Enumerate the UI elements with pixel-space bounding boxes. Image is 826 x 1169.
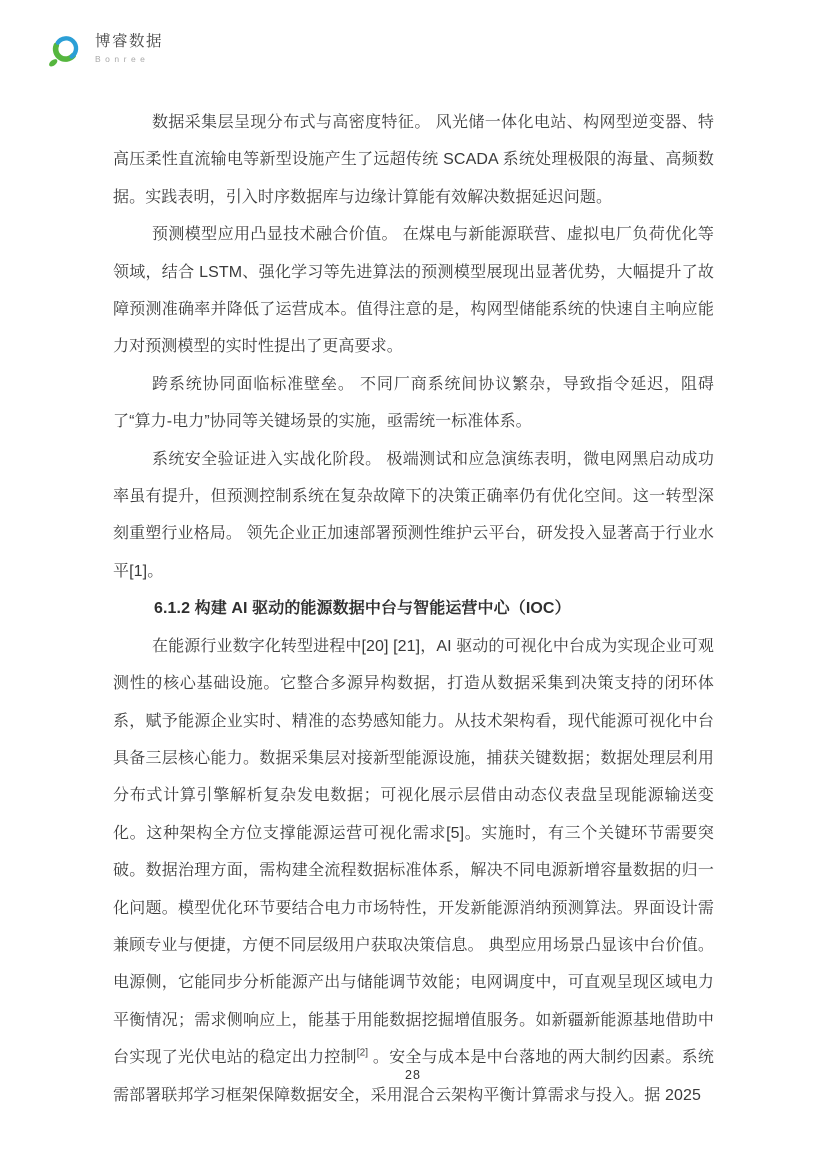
paragraph-cross-system-standards: 跨系统协同面临标准壁垒。 不同厂商系统间协议繁杂，导致指令延迟，阻碍了“算力-电… [113,366,714,441]
paragraph-prediction-models: 预测模型应用凸显技术融合价值。 在煤电与新能源联营、虚拟电厂负荷优化等领域，结合… [113,216,714,366]
ioc-text-before-citation: 在能源行业数字化转型进程中[20] [21]，AI 驱动的可视化中台成为实现企业… [113,638,714,1066]
page-footer: 28 [0,1066,826,1084]
paragraph-data-collection-layer: 数据采集层呈现分布式与高密度特征。 风光储一体化电站、构网型逆变器、特高压柔性直… [113,104,714,216]
brand-logo: 博睿数据 Bonree [46,27,163,73]
brand-text-block: 博睿数据 Bonree [95,27,163,64]
bonree-logo-icon [46,27,86,73]
paragraph-ioc-platform: 在能源行业数字化转型进程中[20] [21]，AI 驱动的可视化中台成为实现企业… [113,628,714,1114]
brand-name-cn: 博睿数据 [95,33,163,51]
paragraph-security-validation: 系统安全验证进入实战化阶段。 极端测试和应急演练表明，微电网黑启动成功率虽有提升… [113,441,714,591]
citation-2-superscript: [2] [357,1048,368,1059]
document-body: 数据采集层呈现分布式与高密度特征。 风光储一体化电站、构网型逆变器、特高压柔性直… [113,104,714,1114]
section-heading-6-1-2: 6.1.2 构建 AI 驱动的能源数据中台与智能运营中心（IOC） [113,590,714,627]
document-page: 博睿数据 Bonree 数据采集层呈现分布式与高密度特征。 风光储一体化电站、构… [0,0,826,1169]
page-number: 28 [405,1068,421,1082]
brand-name-en: Bonree [95,54,163,64]
